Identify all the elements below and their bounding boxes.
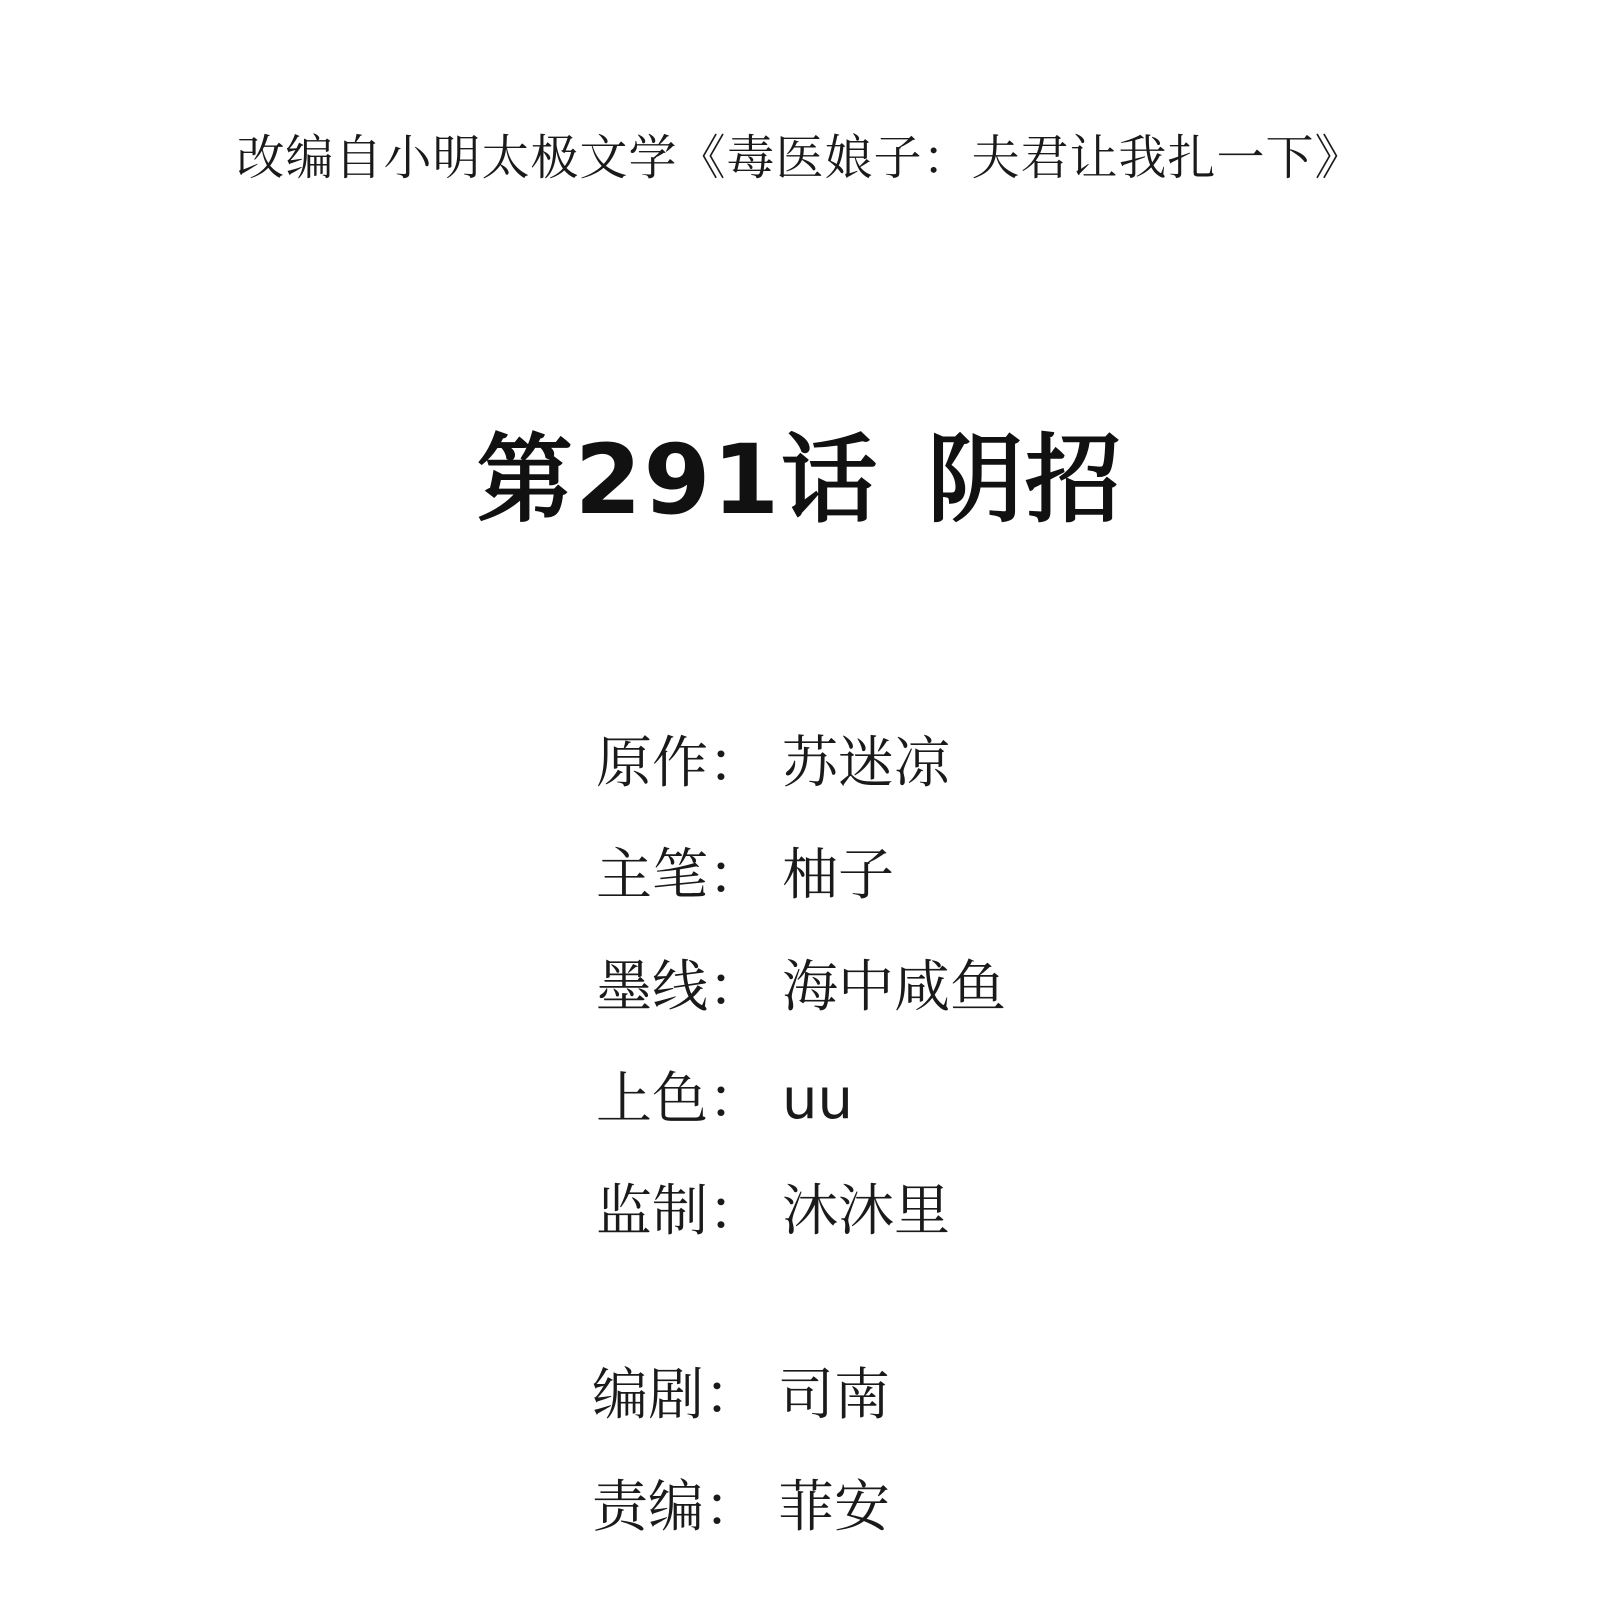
credit-row-coloring: 上色： uu	[596, 1044, 1006, 1156]
credit-row-editor: 责编： 菲安	[592, 1452, 890, 1564]
credit-name: 菲安	[778, 1473, 890, 1543]
credit-row-lead-artist: 主笔： 柚子	[596, 820, 1006, 932]
chapter-title: 第291话阴招	[0, 420, 1600, 540]
credit-name: 司南	[778, 1361, 890, 1431]
credit-role: 上色：	[596, 1065, 782, 1135]
credit-role: 监制：	[596, 1177, 782, 1247]
credit-role: 主笔：	[596, 841, 782, 911]
credit-name: 柚子	[782, 841, 894, 911]
chapter-number: 第291话	[477, 424, 879, 536]
credit-role: 责编：	[592, 1473, 778, 1543]
chapter-name: 阴招	[927, 424, 1123, 536]
editorial-credits: 编剧： 司南 责编： 菲安	[592, 1340, 890, 1564]
credit-role: 编剧：	[592, 1361, 778, 1431]
credit-name: 苏迷凉	[782, 729, 950, 799]
credit-role: 墨线：	[596, 953, 782, 1023]
credit-name: uu	[782, 1065, 853, 1135]
credit-role: 原作：	[596, 729, 782, 799]
credit-row-screenwriter: 编剧： 司南	[592, 1340, 890, 1452]
credit-row-original-author: 原作： 苏迷凉	[596, 708, 1006, 820]
credit-name: 海中咸鱼	[782, 953, 1006, 1023]
source-attribution: 改编自小明太极文学《毒医娘子：夫君让我扎一下》	[0, 126, 1600, 190]
credit-name: 沐沐里	[782, 1177, 950, 1247]
credit-row-producer: 监制： 沐沐里	[596, 1156, 1006, 1268]
staff-credits: 原作： 苏迷凉 主笔： 柚子 墨线： 海中咸鱼 上色： uu 监制： 沐沐里	[596, 708, 1006, 1268]
credit-row-line-art: 墨线： 海中咸鱼	[596, 932, 1006, 1044]
